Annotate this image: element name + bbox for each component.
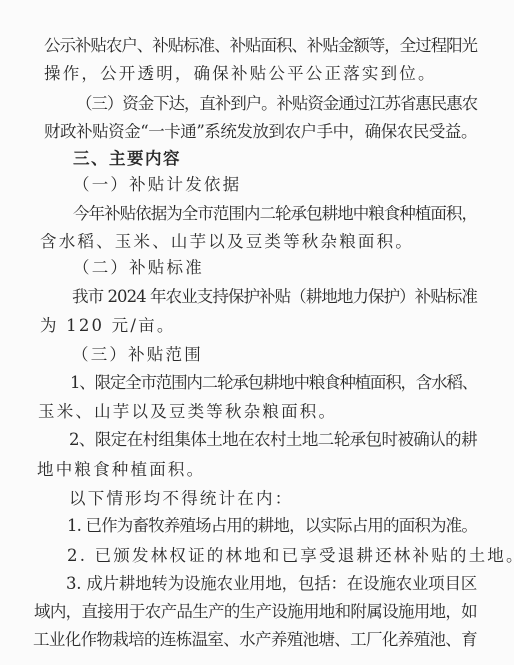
paragraph-line: 公示补贴农户、补贴标准、补贴面积、补贴金额等，全过程阳光: [44, 36, 477, 56]
subsection-heading: （一）补贴计发依据: [73, 175, 241, 195]
paragraph-line: 操作，公开透明，确保补贴公平公正落实到位。: [44, 64, 437, 84]
paragraph-line: 域内，直接用于农产品生产的生产设施用地和附属设施用地，如: [34, 602, 477, 622]
paragraph-line: 含水稻、玉米、山芋以及豆类等秋杂粮面积。: [40, 232, 414, 252]
paragraph-line: 玉米、山芋以及豆类等秋杂粮面积。: [38, 402, 337, 422]
paragraph-line: 工业化作物栽培的连栋温室、水产养殖池塘、工厂化养殖池、育: [33, 630, 477, 650]
paragraph-line: 以下情形均不得统计在内：: [69, 489, 293, 509]
subsection-heading: （二）补贴标准: [73, 258, 204, 278]
paragraph-line: 地中粮食种植面积。: [37, 460, 205, 480]
paragraph-line: 我市 2024 年农业支持保护补贴（耕地地力保护）补贴标准: [72, 287, 477, 307]
section-heading: 三、主要内容: [73, 149, 181, 169]
subsection-heading: （三）补贴范围: [72, 345, 203, 365]
paragraph-line: （三）资金下达，直补到户。补贴资金通过江苏省惠民惠农: [76, 94, 477, 114]
document-page: 公示补贴农户、补贴标准、补贴面积、补贴金额等，全过程阳光 操作，公开透明，确保补…: [0, 0, 514, 665]
paragraph-line: 为 120 元/亩。: [40, 316, 176, 336]
list-item: 2. 已颁发林权证的林地和已享受退耕还林补贴的土地。: [67, 546, 514, 566]
paragraph-line: 财政补贴资金“一卡通”系统发放到农户手中，确保农民受益。: [44, 122, 477, 142]
paragraph-line: 2、限定在村组集体土地在农村土地二轮承包时被确认的耕: [69, 430, 477, 450]
list-item: 1. 已作为畜牧养殖场占用的耕地，以实际占用的面积为准。: [67, 516, 477, 536]
paragraph-line: 今年补贴依据为全市范围内二轮承包耕地中粮食种植面积，: [73, 204, 477, 224]
list-item: 3. 成片耕地转为设施农业用地，包括：在设施农业项目区: [66, 574, 477, 594]
paragraph-line: 1、限定全市范围内二轮承包耕地中粮食种植面积，含水稻、: [70, 373, 477, 393]
